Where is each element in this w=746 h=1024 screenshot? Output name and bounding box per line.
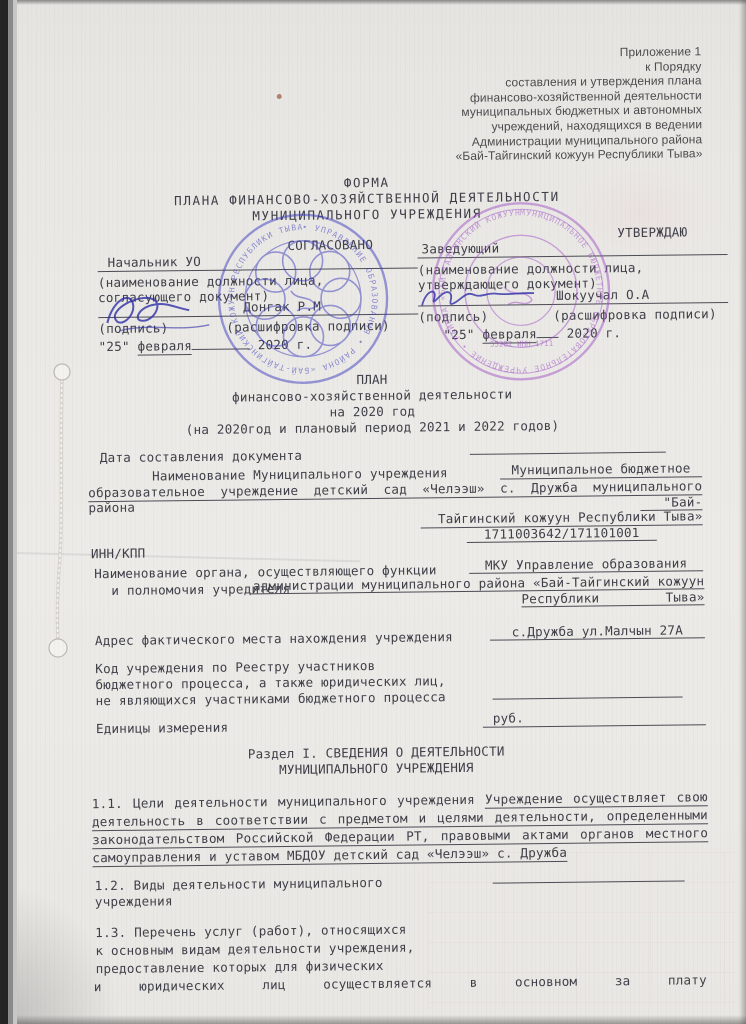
address-label: Адрес фактического места нахождения учре… (95, 629, 453, 648)
annex-reference: Приложение 1 к Порядку составления и утв… (381, 44, 702, 164)
p13-line1: 1.3. Перечень услуг (работ), относящихся (95, 922, 406, 941)
address-value: с.Дружба ул.Малчын 27А (490, 622, 705, 640)
p12-line1: 1.2. Виды деятельности муниципального (95, 875, 383, 893)
p11-value-1: Учреждение осуществляет свою (485, 789, 708, 809)
organ-value-1: МКУ Управление образования (469, 555, 703, 574)
inn-kpp-label: ИНН/КПП (91, 546, 146, 562)
bullet-mark-icon (277, 94, 282, 99)
p13-line2: к основным видам деятельности учреждения… (95, 940, 414, 959)
inn-kpp-value: 1711003642/171101001 (467, 525, 657, 543)
scan-edge-left (0, 0, 20, 1024)
agree-signature-icon (93, 268, 354, 351)
code-blank-field (492, 685, 682, 700)
approve-stamp-inner-text: 55282 ИНН 1711 (490, 339, 553, 349)
organ-value-3: Республики Тыва» (521, 589, 704, 607)
p12-line2: учреждения (95, 893, 173, 909)
code-label-3: не являющихся участниками бюджетного про… (96, 689, 446, 708)
p11-label: 1.1. Цели деятельности муниципального уч… (92, 792, 485, 811)
document-content: Приложение 1 к Порядку составления и утв… (0, 0, 746, 1024)
p13-line3: предоставление которых для физических (96, 958, 384, 976)
approve-signature-icon (416, 278, 576, 320)
p13-line4: и юридических лиц осуществляется в основ… (94, 972, 707, 994)
date-label: Дата составления документа (100, 448, 303, 465)
annex-line: «Бай-Тайгинский кожуун Республики Тыва» (382, 146, 702, 164)
p12-blank-field (493, 868, 685, 883)
date-blank-field (470, 440, 666, 455)
units-value: руб. (483, 708, 706, 728)
code-label-1: Код учреждения по Реестру участников (95, 658, 375, 676)
institution-value-1: Муниципальное бюджетное (500, 460, 702, 479)
units-label: Единицы измерения (96, 720, 228, 736)
